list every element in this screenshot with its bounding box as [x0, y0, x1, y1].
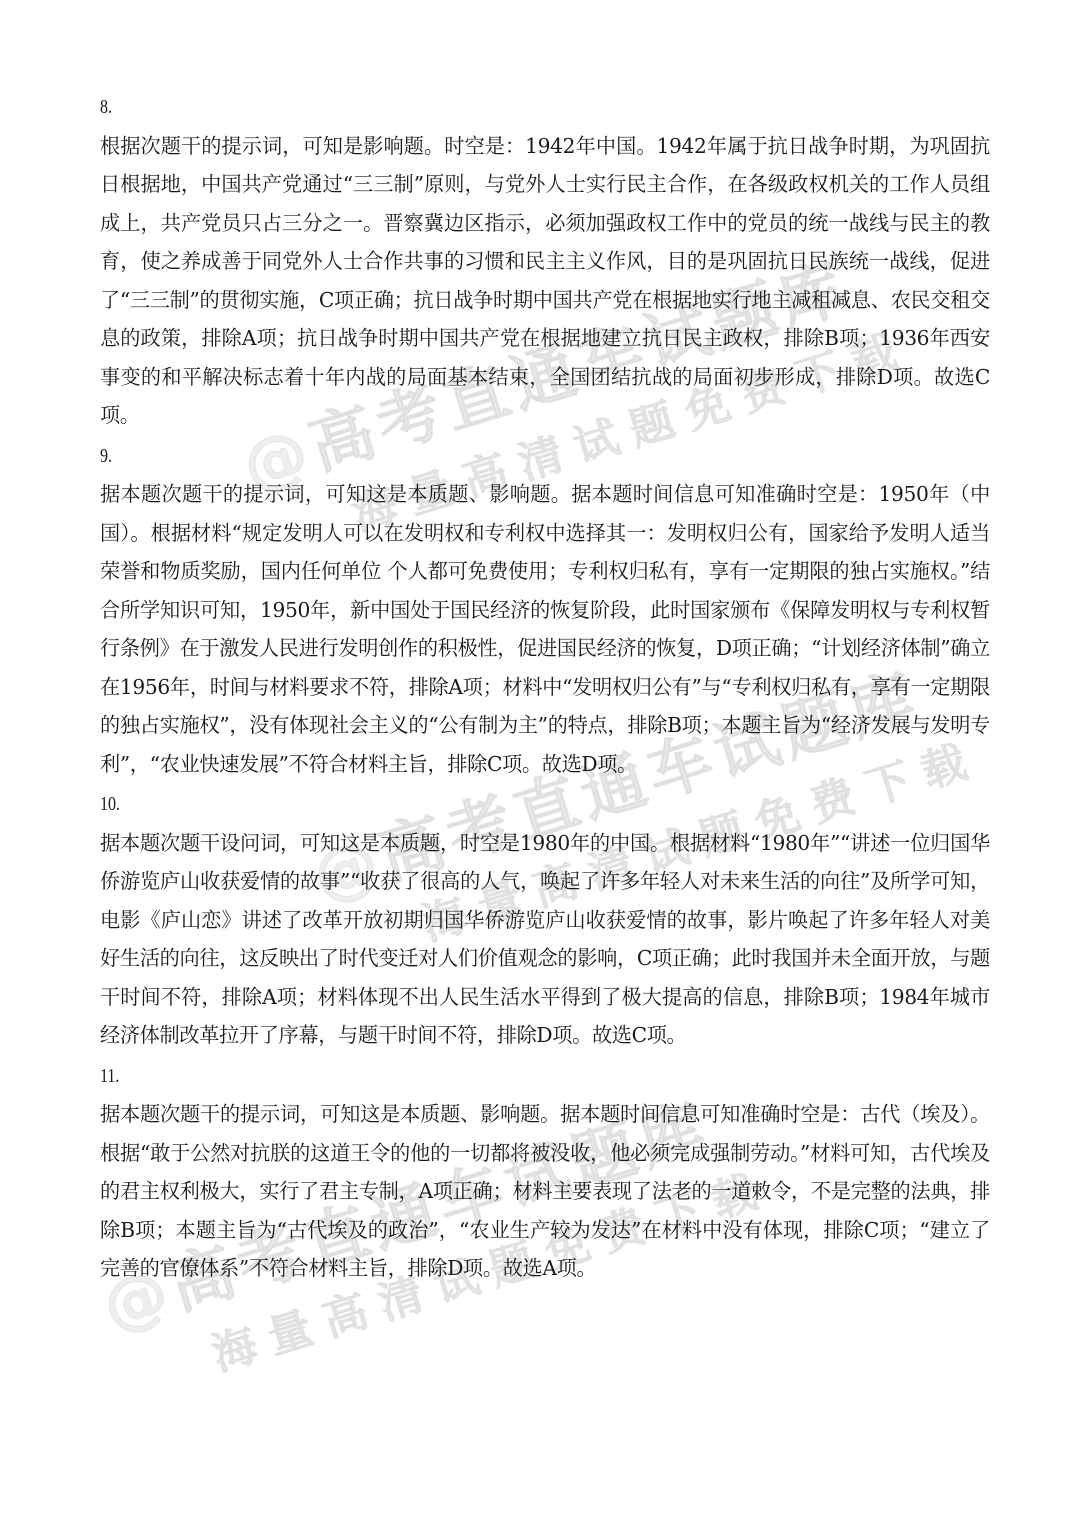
question-number: 11. [100, 1057, 812, 1096]
question-explanation-text: 据本题次题干的提示词，可知这是本质题、影响题。据本题时间信息可知准确时空是：19… [100, 475, 990, 783]
question-11-explanation: 11. 据本题次题干的提示词，可知这是本质题、影响题。据本题时间信息可知准确时空… [100, 1057, 990, 1288]
question-number: 10. [100, 785, 812, 824]
question-explanation-text: 根据次题干的提示词，可知是影响题。时空是：1942年中国。1942年属于抗日战争… [100, 127, 990, 435]
question-explanation-text: 据本题次题干的提示词，可知这是本质题、影响题。据本题时间信息可知准确时空是：古代… [100, 1095, 990, 1288]
question-number: 9. [100, 437, 812, 476]
question-8-explanation: 8. 根据次题干的提示词，可知是影响题。时空是：1942年中国。1942年属于抗… [100, 88, 990, 435]
question-explanation-text: 据本题次题干设问词，可知这是本质题，时空是1980年的中国。根据材料“1980年… [100, 824, 990, 1055]
question-number: 8. [100, 88, 812, 127]
question-10-explanation: 10. 据本题次题干设问词，可知这是本质题，时空是1980年的中国。根据材料“1… [100, 785, 990, 1055]
question-9-explanation: 9. 据本题次题干的提示词，可知这是本质题、影响题。据本题时间信息可知准确时空是… [100, 437, 990, 784]
answer-explanations-page: 8. 根据次题干的提示词，可知是影响题。时空是：1942年中国。1942年属于抗… [100, 88, 990, 1288]
